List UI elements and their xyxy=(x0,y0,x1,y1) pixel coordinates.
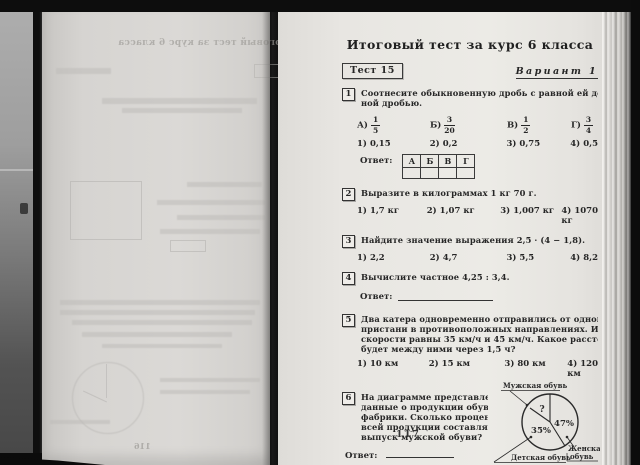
pie-label-zhenskaya-2: обувь xyxy=(570,452,594,461)
ghost-text-bar xyxy=(102,344,222,348)
question-4-number: 4 xyxy=(342,272,355,285)
choice: 3)1,007 кг xyxy=(500,206,561,226)
question-6-number: 6 xyxy=(342,392,355,405)
choice: 1)10 км xyxy=(357,359,429,379)
question-2: 2 Выразите в килограммах 1 кг 70 г. 1)1,… xyxy=(342,188,598,226)
answer-table-header: Б xyxy=(421,155,439,168)
variant-label: Вариант 1 xyxy=(516,66,598,79)
fraction-option: Г)34 xyxy=(571,116,598,134)
question-6-line: выпуск мужской обуви? xyxy=(361,432,488,442)
page-title: Итоговый тест за курс 6 класса xyxy=(342,37,598,52)
question-1: 1 Соотнесите обыкновенную дробь с равной… xyxy=(342,88,598,179)
choice: 3)80 км xyxy=(504,359,567,379)
ghost-text-bar xyxy=(50,420,110,424)
question-5-line: будет между ними через 1,5 ч? xyxy=(361,344,598,354)
choice: 1)2,2 xyxy=(357,253,430,263)
answer-table-cell xyxy=(457,168,475,179)
question-3: 3 Найдите значение выражения 2,5 · (4 − … xyxy=(342,235,598,263)
side-panel-line xyxy=(0,169,33,171)
question-1-choices: 1)0,15 2)0,2 3)0,75 4)0,5 xyxy=(357,139,598,149)
scanner-side-panel xyxy=(0,12,33,453)
question-2-choices: 1)1,7 кг 2)1,07 кг 3)1,007 кг 4)1070 кг xyxy=(357,206,598,226)
question-1-line: ной дробью. xyxy=(361,98,598,108)
ghost-text-bar xyxy=(122,108,242,113)
question-4: 4 Вычислите частное 4,25 : 3,4. Ответ: xyxy=(342,272,598,302)
ghost-text-bar xyxy=(187,182,262,187)
answer-label: Ответ: xyxy=(345,451,377,461)
scan-top-border xyxy=(0,0,640,12)
choice: 4)0,5 xyxy=(570,139,598,149)
ghost-text-bar xyxy=(102,98,257,104)
question-5-choices: 1)10 км 2)15 км 3)80 км 4)120 км xyxy=(357,359,598,379)
question-4-text: Вычислите частное 4,25 : 3,4. xyxy=(361,272,598,285)
answer-table-header: А xyxy=(403,155,421,168)
book-page-edges xyxy=(602,12,631,465)
question-1-line: Соотнесите обыкновенную дробь с равной е… xyxy=(361,88,598,98)
test-number-badge: Тест 15 xyxy=(342,63,403,79)
ghost-page-number: 116 xyxy=(134,441,151,451)
question-4-line: Вычислите частное 4,25 : 3,4. xyxy=(361,272,598,282)
pie-chart: ? 47% 35% Мужская обувь Детская обувь Же… xyxy=(490,379,600,465)
right-page: Итоговый тест за курс 6 класса Тест 15 В… xyxy=(278,12,602,465)
choice: 1)0,15 xyxy=(357,139,430,149)
fraction-option: Б)320 xyxy=(430,116,507,134)
ghost-text-bar xyxy=(72,320,252,325)
choice: 1)1,7 кг xyxy=(357,206,427,226)
question-3-text: Найдите значение выражения 2,5 · (4 − 1,… xyxy=(361,235,598,248)
ghost-pie-line xyxy=(106,364,107,398)
book-left-edge-shadow xyxy=(33,12,42,465)
right-page-content: Итоговый тест за курс 6 класса Тест 15 В… xyxy=(342,12,598,465)
question-5-line: скорости равны 35 км/ч и 45 км/ч. Какое … xyxy=(361,334,598,344)
page-number: 117 xyxy=(396,429,420,440)
ghost-text-bar xyxy=(56,68,111,74)
choice: 3)5,5 xyxy=(506,253,570,263)
question-1-text: Соотнесите обыкновенную дробь с равной е… xyxy=(361,88,598,108)
answer-table-cell xyxy=(439,168,457,179)
pie-label-detskaya: Детская обувь xyxy=(511,453,571,462)
ghost-text-bar xyxy=(157,200,265,205)
ghost-text-bar xyxy=(60,310,255,315)
choice: 2)0,2 xyxy=(430,139,507,149)
question-2-line: Выразите в килограммах 1 кг 70 г. xyxy=(361,188,598,198)
question-1-answer-row: Ответ: А Б В Г xyxy=(360,156,598,179)
question-1-fractions: А)15 Б)320 В)12 Г)34 xyxy=(357,116,598,134)
answer-label: Ответ: xyxy=(360,292,392,302)
question-3-line: Найдите значение выражения 2,5 · (4 − 1,… xyxy=(361,235,598,245)
question-6-line: На диаграмме представлены xyxy=(361,392,488,402)
answer-table-header: Г xyxy=(457,155,475,168)
question-6-line: фабрики. Сколько процентов xyxy=(361,412,488,422)
question-6-text: На диаграмме представлены данные о проду… xyxy=(361,392,488,442)
question-5-line: пристани в противоположных направлениях.… xyxy=(361,324,598,334)
ghost-figure-box xyxy=(70,181,142,240)
choice: 4)120 км xyxy=(567,359,598,379)
test-header-row: Тест 15 Вариант 1 xyxy=(342,63,598,79)
answer-blank-line xyxy=(398,292,493,301)
callout-line xyxy=(510,391,527,405)
pie-slice-unknown-value: ? xyxy=(539,405,544,415)
answer-label: Ответ: xyxy=(360,156,392,166)
scan-right-border xyxy=(631,0,640,465)
choice: 2)1,07 кг xyxy=(427,206,501,226)
ghost-text-bar xyxy=(177,215,265,220)
ghost-text-bar xyxy=(160,229,260,234)
question-5: 5 Два катера одновременно отправились от… xyxy=(342,314,598,379)
answer-table: А Б В Г xyxy=(402,154,475,179)
question-5-text: Два катера одновременно отправились от о… xyxy=(361,314,598,354)
choice: 4)8,2 xyxy=(570,253,598,263)
pie-slice-35-value: 35% xyxy=(531,426,551,436)
left-page: Итоговый тест за курс 6 класса 116 xyxy=(42,12,270,465)
pie-slice-47-value: 47% xyxy=(554,419,574,429)
choice: 3)0,75 xyxy=(506,139,570,149)
fraction-option: А)15 xyxy=(357,116,430,134)
question-4-answer-row: Ответ: xyxy=(360,292,598,302)
choice: 4)1070 кг xyxy=(561,206,598,226)
question-3-number: 3 xyxy=(342,235,355,248)
ghost-text-bar xyxy=(160,390,250,394)
ghost-answer-grid xyxy=(170,240,206,252)
question-6: 6 На диаграмме представлены данные о про… xyxy=(342,392,598,465)
question-6-line: данные о продукции обувной xyxy=(361,402,488,412)
question-6-answer-row: Ответ: xyxy=(345,449,488,461)
question-5-line: Два катера одновременно отправились от о… xyxy=(361,314,598,324)
choice: 2)15 км xyxy=(429,359,505,379)
question-2-number: 2 xyxy=(342,188,355,201)
answer-table-cell xyxy=(421,168,439,179)
fraction-option: В)12 xyxy=(507,116,571,134)
question-1-number: 1 xyxy=(342,88,355,101)
ghost-text-bar xyxy=(160,378,260,382)
question-2-text: Выразите в килограммах 1 кг 70 г. xyxy=(361,188,598,201)
choice: 2)4,7 xyxy=(430,253,507,263)
question-6-line: всей продукции составляет xyxy=(361,422,488,432)
ghost-text-bar xyxy=(60,300,260,305)
question-3-choices: 1)2,2 2)4,7 3)5,5 4)8,2 xyxy=(357,253,598,263)
answer-table-header: В xyxy=(439,155,457,168)
question-5-number: 5 xyxy=(342,314,355,327)
answer-table-cell xyxy=(403,168,421,179)
side-panel-mark xyxy=(20,203,28,214)
answer-blank-line xyxy=(386,449,454,458)
ghost-text-bar xyxy=(82,332,232,337)
pie-label-muzhskaya: Мужская обувь xyxy=(503,381,567,390)
